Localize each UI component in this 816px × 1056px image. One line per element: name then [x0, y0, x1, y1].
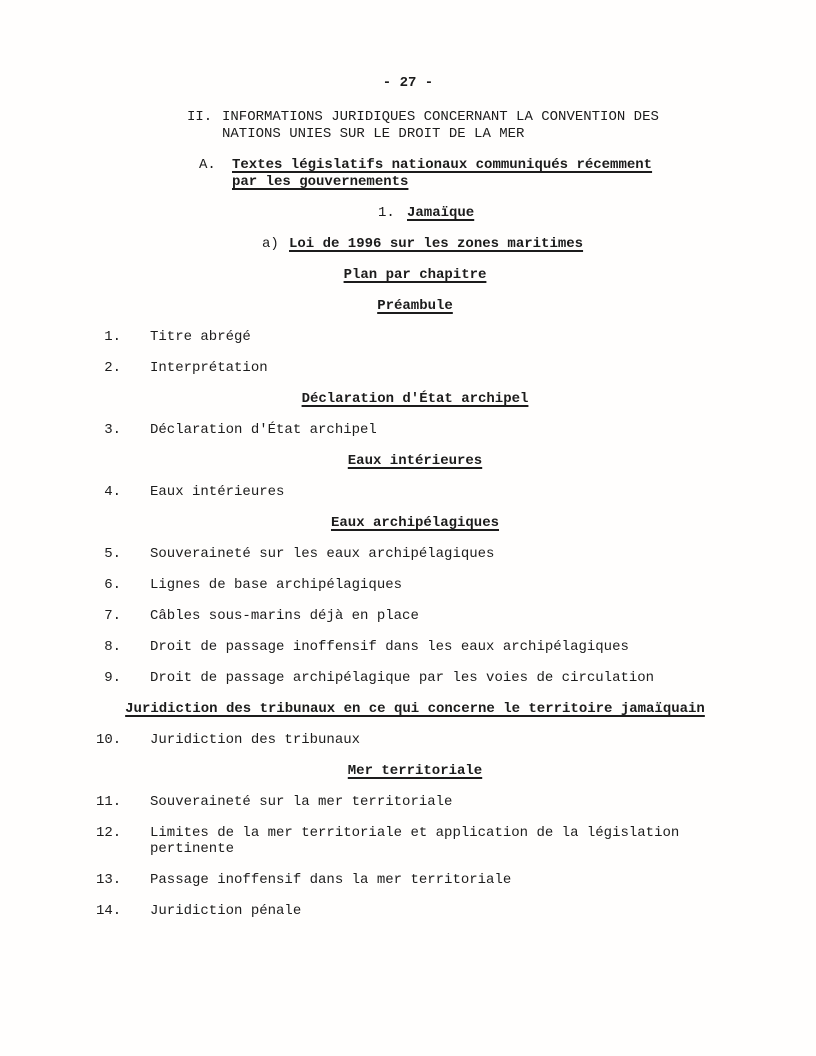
page-number: - 27 -	[0, 75, 816, 91]
main-heading-text: INFORMATIONS JURIDIQUES CONCERNANT LA CO…	[222, 109, 672, 143]
country-heading: 1. Jamaïque	[378, 205, 816, 221]
toc-item-1: 1. Titre abrégé	[150, 329, 710, 345]
toc-item-3: 3. Déclaration d'État archipel	[150, 422, 710, 438]
item-text: Droit de passage archipélagique par les …	[150, 670, 654, 686]
item-number: 13.	[96, 872, 121, 888]
item-text: Limites de la mer territoriale et applic…	[150, 825, 679, 857]
item-text: Câbles sous-marins déjà en place	[150, 608, 419, 624]
section-a-label: A.	[199, 157, 232, 191]
chapter-heading-juridiction-tribunaux: Juridiction des tribunaux en ce qui conc…	[7, 701, 816, 717]
chapter-heading-eaux-interieures: Eaux intérieures	[7, 453, 816, 469]
toc-item-12: 12. Limites de la mer territoriale et ap…	[150, 825, 710, 857]
item-number: 7.	[96, 608, 121, 624]
chapter-heading-mer-territoriale: Mer territoriale	[7, 763, 816, 779]
chapter-heading-declaration-etat-archipel: Déclaration d'État archipel	[7, 391, 816, 407]
toc-item-8: 8. Droit de passage inoffensif dans les …	[150, 639, 710, 655]
item-number: 9.	[96, 670, 121, 686]
toc-item-5: 5. Souveraineté sur les eaux archipélagi…	[150, 546, 710, 562]
item-number: 4.	[96, 484, 121, 500]
item-number: 5.	[96, 546, 121, 562]
toc-item-13: 13. Passage inoffensif dans la mer terri…	[150, 872, 710, 888]
toc-item-14: 14. Juridiction pénale	[150, 903, 710, 919]
toc-item-4: 4. Eaux intérieures	[150, 484, 710, 500]
toc-item-6: 6. Lignes de base archipélagiques	[150, 577, 710, 593]
item-number: 12.	[96, 825, 121, 841]
item-number: 6.	[96, 577, 121, 593]
item-number: 8.	[96, 639, 121, 655]
toc-item-2: 2. Interprétation	[150, 360, 710, 376]
item-number: 11.	[96, 794, 121, 810]
section-a-heading: A. Textes législatifs nationaux communiq…	[199, 157, 816, 191]
document-page: - 27 - II. INFORMATIONS JURIDIQUES CONCE…	[0, 0, 816, 1056]
item-number: 2.	[96, 360, 121, 376]
item-number: 14.	[96, 903, 121, 919]
main-heading: II. INFORMATIONS JURIDIQUES CONCERNANT L…	[187, 109, 816, 143]
item-text: Titre abrégé	[150, 329, 251, 345]
item-text: Juridiction des tribunaux	[150, 732, 360, 748]
law-title: Loi de 1996 sur les zones maritimes	[289, 236, 583, 252]
toc-item-11: 11. Souveraineté sur la mer territoriale	[150, 794, 710, 810]
item-text: Juridiction pénale	[150, 903, 301, 919]
toc-item-10: 10. Juridiction des tribunaux	[150, 732, 710, 748]
chapter-heading-preambule: Préambule	[7, 298, 816, 314]
item-text: Droit de passage inoffensif dans les eau…	[150, 639, 629, 655]
item-number: 3.	[96, 422, 121, 438]
chapter-heading-eaux-archipelagiques: Eaux archipélagiques	[7, 515, 816, 531]
toc-item-7: 7. Câbles sous-marins déjà en place	[150, 608, 710, 624]
toc-item-9: 9. Droit de passage archipélagique par l…	[150, 670, 710, 686]
country-name: Jamaïque	[407, 205, 474, 221]
item-text: Eaux intérieures	[150, 484, 284, 500]
item-text: Souveraineté sur les eaux archipélagique…	[150, 546, 494, 562]
law-heading: a) Loi de 1996 sur les zones maritimes	[262, 236, 816, 252]
item-number: 1.	[96, 329, 121, 345]
item-number: 10.	[96, 732, 121, 748]
item-text: Lignes de base archipélagiques	[150, 577, 402, 593]
item-text: Déclaration d'État archipel	[150, 422, 377, 438]
law-label: a)	[262, 236, 289, 252]
main-heading-numeral: II.	[187, 109, 222, 143]
plan-heading: Plan par chapitre	[7, 267, 816, 283]
item-text: Interprétation	[150, 360, 268, 376]
section-a-title: Textes législatifs nationaux communiqués…	[232, 157, 657, 191]
country-label: 1.	[378, 205, 407, 221]
item-text: Souveraineté sur la mer territoriale	[150, 794, 452, 810]
item-text: Passage inoffensif dans la mer territori…	[150, 872, 511, 888]
